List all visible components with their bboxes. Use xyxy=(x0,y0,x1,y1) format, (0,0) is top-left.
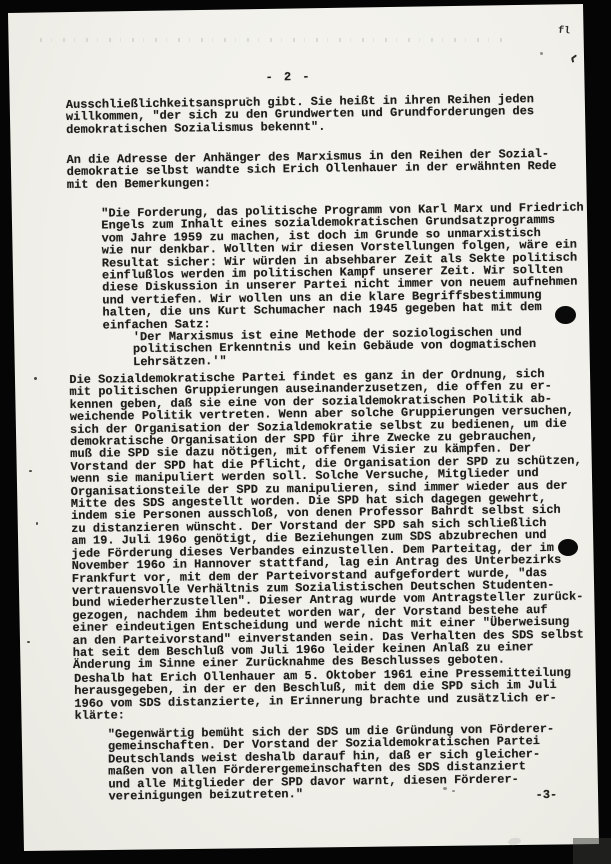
paragraph-address-marxists: An die Adresse der Anhänger des Marxismu… xyxy=(66,148,556,191)
paragraph-exclusivity: Ausschließlichkeitsanspruch gibt. Sie he… xyxy=(66,93,535,136)
typewritten-text-layer: - 2 - Ausschließlichkeitsanspruch gibt. … xyxy=(0,0,611,864)
paragraph-press-release-intro: Deshalb hat Erich Ollenhauer am 5. Oktob… xyxy=(74,667,571,723)
scanned-document: - 2 - Ausschließlichkeitsanspruch gibt. … xyxy=(0,0,611,864)
punch-hole-mark-icon xyxy=(558,539,578,556)
blockquote-press-release: "Gegenwärtig bemüht sich der SDS um die … xyxy=(108,723,555,803)
blockquote-ollenhauer-speech: "Die Forderung, das politische Programm … xyxy=(101,201,585,331)
paragraph-spd-sds-history: Die Sozialdemokratische Partei findet es… xyxy=(69,368,584,672)
paper-sheet: - 2 - Ausschließlichkeitsanspruch gibt. … xyxy=(0,0,611,864)
scan-corner-shade xyxy=(573,838,611,864)
page-number-bottom: -3- xyxy=(536,789,558,802)
page-number-top: - 2 - xyxy=(265,71,311,84)
handwritten-corner-mark: fl xyxy=(558,26,571,38)
punch-hole-mark-icon xyxy=(555,306,576,324)
blockquote-schumacher-sentence: 'Der Marxismus ist eine Methode der sozi… xyxy=(133,326,537,368)
